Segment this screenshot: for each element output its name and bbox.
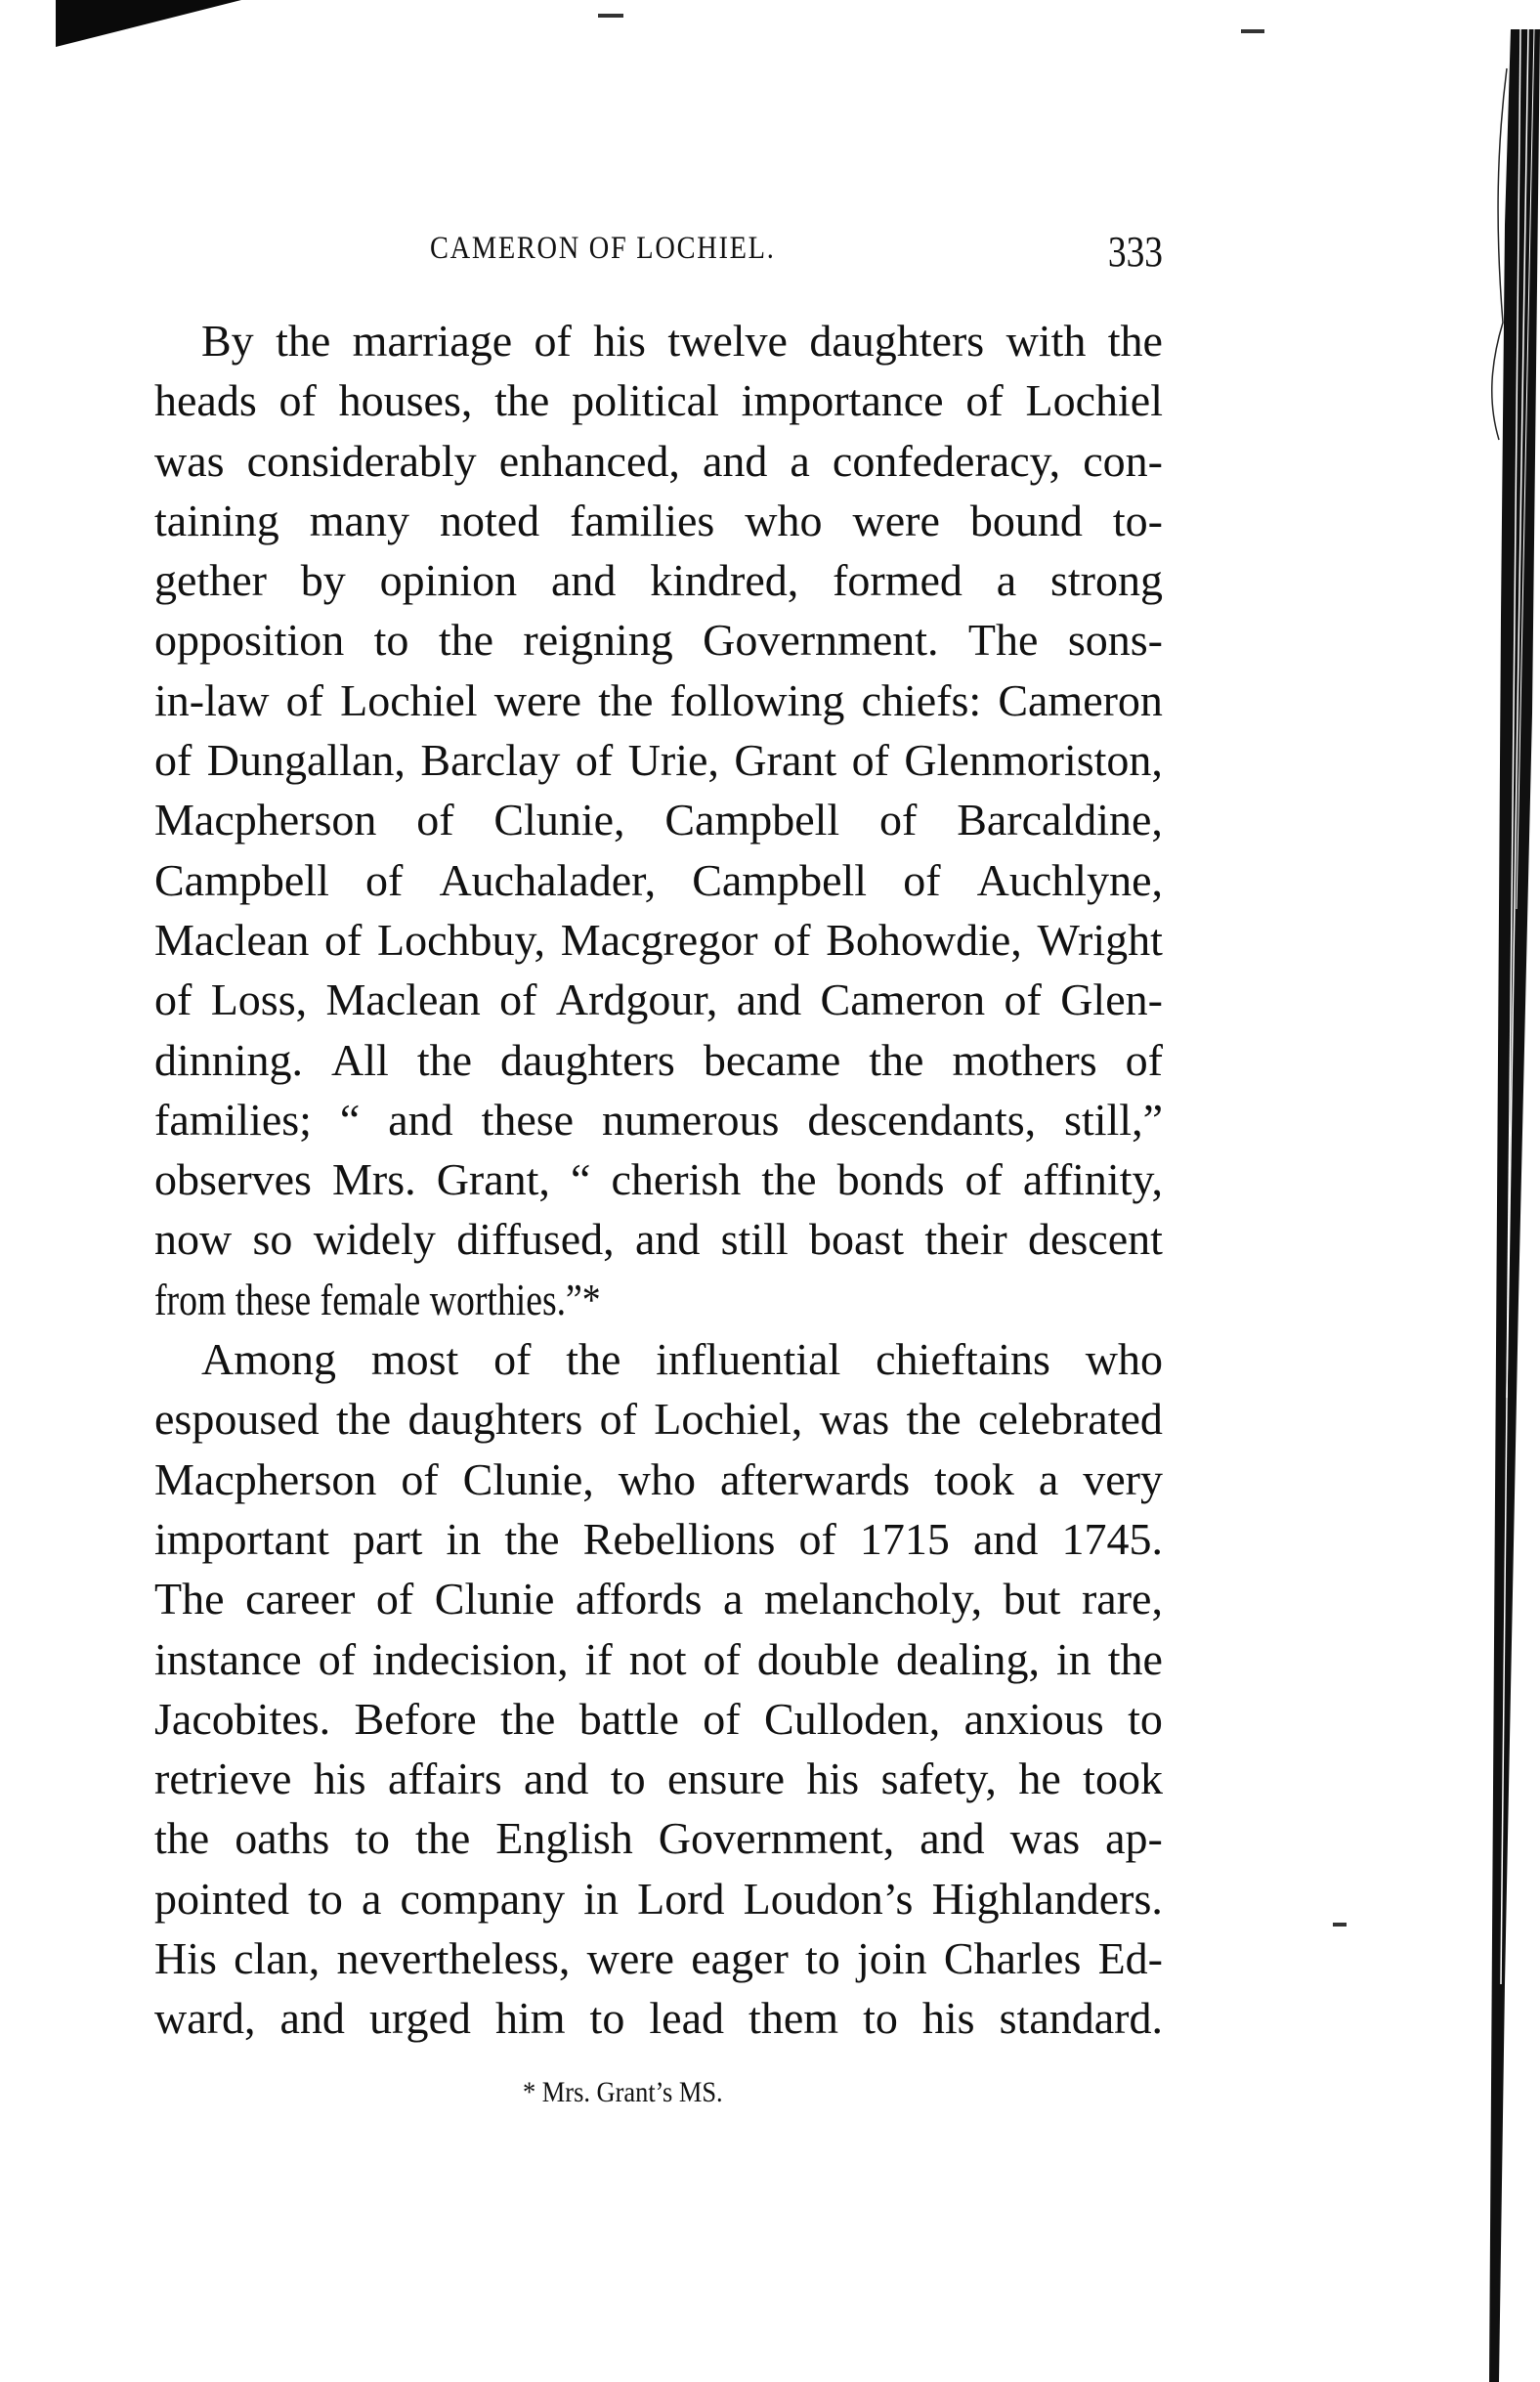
text-line-content: importantpartintheRebellionsof1715and174…	[154, 1509, 1163, 1569]
word: who	[1086, 1329, 1163, 1389]
text-line: observesMrs.Grant,“cherishthebondsofaffi…	[154, 1149, 1163, 1209]
text-line-content: ofLoss,MacleanofArdgour,andCameronofGlen…	[154, 970, 1163, 1029]
word: Maclean	[325, 970, 480, 1029]
text-line-content: in-lawofLochielwerethefollowingchiefs:Ca…	[154, 671, 1163, 730]
word: taining	[154, 491, 279, 550]
chapter-title: CAMERON OF LOCHIEL.	[430, 231, 776, 267]
word: chieftains	[876, 1329, 1050, 1389]
word: of	[416, 790, 453, 849]
word: of	[799, 1509, 836, 1569]
text-line-content: MacphersonofClunie,CampbellofBarcaldine,	[154, 790, 1163, 849]
text-line: Amongmostoftheinfluentialchieftainswho	[154, 1329, 1163, 1389]
word: Lochiel,	[654, 1389, 802, 1449]
word: Macpherson	[154, 1450, 376, 1509]
text-line-content: nowsowidelydiffused,andstillboasttheirde…	[154, 1209, 1163, 1269]
word: kindred,	[650, 550, 798, 610]
word: Maclean	[154, 910, 309, 970]
word: Macgregor	[561, 910, 758, 970]
word: Mrs.	[332, 1149, 416, 1209]
word: lead	[649, 1988, 724, 2048]
word: to	[863, 1988, 898, 2048]
word: marriage	[353, 311, 512, 370]
word: Clunie	[435, 1569, 555, 1628]
word: was	[1010, 1808, 1081, 1868]
word: English	[495, 1808, 633, 1868]
word: and	[920, 1808, 984, 1868]
text-line-content: from these female worthies.”*	[154, 1270, 601, 1329]
word: with	[1006, 311, 1087, 370]
word: considerably	[247, 431, 477, 491]
word: of	[154, 970, 192, 1029]
word: indecision,	[372, 1629, 569, 1689]
word: and	[280, 1988, 345, 2048]
text-line: MacphersonofClunie,CampbellofBarcaldine,	[154, 790, 1163, 849]
text-line-content: MacphersonofClunie,whoafterwardstookaver…	[154, 1450, 1163, 1509]
word: Cameron	[998, 671, 1163, 730]
word: the	[336, 1389, 391, 1449]
word: a	[723, 1569, 743, 1628]
word: Wright	[1037, 910, 1162, 970]
word: most	[371, 1329, 458, 1389]
scan-speck	[1333, 1923, 1347, 1927]
word: of	[286, 671, 323, 730]
body-text: Bythemarriageofhistwelvedaughterswiththe…	[154, 311, 1163, 2049]
text-line: headsofhouses,thepoliticalimportanceofLo…	[154, 370, 1163, 430]
word: daughters	[407, 1389, 582, 1449]
word: the	[598, 671, 653, 730]
word: to-	[1113, 491, 1163, 550]
word: mothers	[952, 1030, 1096, 1090]
word: cherish	[611, 1149, 741, 1209]
word: and	[737, 970, 801, 1029]
word: anxious	[964, 1689, 1104, 1749]
word: following	[670, 671, 845, 730]
word: but	[1004, 1569, 1061, 1628]
word: descent	[1028, 1209, 1163, 1269]
word: Dungallan,	[207, 730, 406, 790]
word: Culloden,	[764, 1689, 940, 1749]
word: Lochiel	[1025, 370, 1163, 430]
word: families	[570, 491, 714, 550]
text-line-content: tainingmanynotedfamilieswhowereboundto-	[154, 491, 1163, 550]
text-line: ward,andurgedhimtoleadthemtohisstandard.	[154, 1988, 1163, 2048]
word: a	[1039, 1450, 1058, 1509]
word: afterwards	[720, 1450, 910, 1509]
word: and	[388, 1090, 452, 1149]
text-line: MacphersonofClunie,whoafterwardstookaver…	[154, 1450, 1163, 1509]
word: Loudon’s	[744, 1869, 914, 1928]
word: to	[611, 1749, 646, 1808]
text-line: ofLoss,MacleanofArdgour,andCameronofGlen…	[154, 970, 1163, 1029]
word: observes	[154, 1149, 312, 1209]
word: 1745.	[1062, 1509, 1164, 1569]
page-edge-stripes	[1477, 29, 1540, 2382]
word: descendants,	[807, 1090, 1036, 1149]
text-line: MacleanofLochbuy,MacgregorofBohowdie,Wri…	[154, 910, 1163, 970]
word: of	[401, 1450, 438, 1509]
text-line: dinning.Allthedaughtersbecamethemotherso…	[154, 1030, 1163, 1090]
word: numerous	[602, 1090, 779, 1149]
word: the	[869, 1030, 923, 1090]
word: were	[587, 1928, 674, 1988]
word: still	[721, 1209, 789, 1269]
word: to	[374, 610, 409, 670]
word: of	[600, 1389, 637, 1449]
word: them	[749, 1988, 838, 2048]
word: to	[355, 1808, 390, 1868]
word: him	[495, 1988, 566, 2048]
word: Urie,	[628, 730, 719, 790]
word: the	[1108, 311, 1163, 370]
word: the	[154, 1808, 209, 1868]
word: his	[593, 311, 646, 370]
word: in	[583, 1869, 619, 1928]
word: urged	[369, 1988, 471, 2048]
word: importance	[742, 370, 944, 430]
word: Grant,	[437, 1149, 550, 1209]
word: his	[806, 1749, 859, 1808]
word: of	[852, 730, 889, 790]
word: Campbell	[154, 850, 329, 910]
text-line: getherbyopinionandkindred,formedastrong	[154, 550, 1163, 610]
text-line: Jacobites.BeforethebattleofCulloden,anxi…	[154, 1689, 1163, 1749]
word: his	[314, 1749, 366, 1808]
word: of	[773, 910, 810, 970]
word: Lord	[637, 1869, 724, 1928]
text-line: instanceofindecision,ifnotofdoubledealin…	[154, 1629, 1163, 1689]
word: of	[965, 1149, 1003, 1209]
word: strong	[1050, 550, 1163, 610]
text-line: tainingmanynotedfamilieswhowereboundto-	[154, 491, 1163, 550]
text-line-content: wasconsiderablyenhanced,andaconfederacy,…	[154, 431, 1163, 491]
word: affords	[576, 1569, 702, 1628]
word: Jacobites.	[154, 1689, 330, 1749]
text-line-content: ward,andurgedhimtoleadthemtohisstandard.	[154, 1988, 1163, 2048]
text-line-content: getherbyopinionandkindred,formedastrong	[154, 550, 1163, 610]
word: Glen-	[1060, 970, 1163, 1029]
word: the	[417, 1030, 472, 1090]
word: The	[968, 610, 1039, 670]
text-line-content: Hisclan,nevertheless,wereeagertojoinChar…	[154, 1928, 1163, 1988]
word: the	[439, 610, 493, 670]
word: espoused	[154, 1389, 320, 1449]
word: clan,	[234, 1928, 320, 1988]
word: “	[571, 1149, 590, 1209]
word: took	[1083, 1749, 1163, 1808]
word: Bohowdie,	[826, 910, 1022, 970]
text-line: pointedtoacompanyinLordLoudon’sHighlande…	[154, 1869, 1163, 1928]
word: was	[820, 1389, 890, 1449]
word: affinity,	[1023, 1149, 1163, 1209]
text-line-content: CampbellofAuchalader,CampbellofAuchlyne,	[154, 850, 1163, 910]
word: and	[703, 431, 767, 491]
text-line-content: ThecareerofClunieaffordsamelancholy,butr…	[154, 1569, 1163, 1628]
word: ward,	[154, 1988, 255, 2048]
text-line: nowsowidelydiffused,andstillboasttheirde…	[154, 1209, 1163, 1269]
text-line-content: Amongmostoftheinfluentialchieftainswho	[201, 1329, 1163, 1389]
word: of	[154, 730, 192, 790]
word: rare,	[1082, 1569, 1163, 1628]
word: twelve	[667, 311, 788, 370]
word: in	[447, 1509, 482, 1569]
word: diffused,	[456, 1209, 614, 1269]
word: to	[590, 1988, 625, 2048]
word: ensure	[667, 1749, 785, 1808]
word: Ed-	[1098, 1928, 1163, 1988]
word: were	[853, 491, 940, 550]
text-line-content: espousedthedaughtersofLochiel,wasthecele…	[154, 1389, 1163, 1449]
word: daughters	[809, 311, 984, 370]
word: of	[704, 1629, 741, 1689]
scan-corner-mark	[56, 0, 241, 47]
word: dinning.	[154, 1030, 303, 1090]
text-line: from these female worthies.”*	[154, 1270, 1163, 1329]
footnote: * Mrs. Grant’s MS.	[523, 2076, 723, 2109]
word: of	[365, 850, 403, 910]
word: Loss,	[211, 970, 307, 1029]
word: confederacy,	[833, 431, 1060, 491]
word: instance	[154, 1629, 302, 1689]
word: Auchalader,	[439, 850, 656, 910]
word: of	[499, 970, 536, 1029]
text-line: wasconsiderablyenhanced,andaconfederacy,…	[154, 431, 1163, 491]
word: very	[1083, 1450, 1163, 1509]
word: Lochiel	[340, 671, 478, 730]
text-line: in-lawofLochielwerethefollowingchiefs:Ca…	[154, 671, 1163, 730]
word: 1715	[860, 1509, 950, 1569]
word: sons-	[1068, 610, 1163, 670]
word: Barclay	[420, 730, 560, 790]
word: of	[576, 730, 613, 790]
word: battle	[579, 1689, 679, 1749]
word: bonds	[837, 1149, 945, 1209]
word: of	[535, 311, 572, 370]
text-line: importantpartintheRebellionsof1715and174…	[154, 1509, 1163, 1569]
word: Clunie,	[463, 1450, 594, 1509]
word: who	[619, 1450, 696, 1509]
word: of	[279, 370, 317, 430]
word: the	[415, 1808, 470, 1868]
word: noted	[440, 491, 539, 550]
word: was	[154, 431, 225, 491]
text-line-content: Bythemarriageofhistwelvedaughterswiththe	[201, 311, 1163, 370]
word: the	[494, 370, 549, 430]
word: opposition	[154, 610, 344, 670]
word: Campbell	[664, 790, 839, 849]
word: melancholy,	[764, 1569, 982, 1628]
text-line-content: instanceofindecision,ifnotofdoubledealin…	[154, 1629, 1163, 1689]
word: The	[154, 1569, 225, 1628]
text-line-content: ofDungallan,BarclayofUrie,GrantofGlenmor…	[154, 730, 1163, 790]
word: took	[934, 1450, 1014, 1509]
text-line: CampbellofAuchalader,CampbellofAuchlyne,	[154, 850, 1163, 910]
text-line-content: theoathstotheEnglishGovernment,andwasap-	[154, 1808, 1163, 1868]
word: retrieve	[154, 1749, 291, 1808]
word: if	[585, 1629, 613, 1689]
word: of	[324, 910, 362, 970]
word: Barcaldine,	[957, 790, 1163, 849]
scan-speck	[598, 14, 623, 18]
text-line: ThecareerofClunieaffordsamelancholy,butr…	[154, 1569, 1163, 1628]
word: heads	[154, 370, 257, 430]
word: celebrated	[978, 1389, 1163, 1449]
word: in	[1056, 1629, 1091, 1689]
scan-speck	[1241, 29, 1264, 33]
word: Government.	[703, 610, 938, 670]
word: company	[401, 1869, 566, 1928]
word: he	[1018, 1749, 1060, 1808]
word: safety,	[881, 1749, 997, 1808]
text-line-content: pointedtoacompanyinLordLoudon’sHighlande…	[154, 1869, 1163, 1928]
word: Clunie,	[493, 790, 624, 849]
word: were	[494, 671, 581, 730]
word: houses,	[339, 370, 473, 430]
word: By	[201, 311, 254, 370]
word: of	[903, 850, 940, 910]
word: part	[353, 1509, 423, 1569]
word: the	[500, 1689, 555, 1749]
word: these	[482, 1090, 575, 1149]
page-number: 333	[1108, 227, 1163, 277]
word: opinion	[380, 550, 518, 610]
text-line: espousedthedaughtersofLochiel,wasthecele…	[154, 1389, 1163, 1449]
word: of	[1005, 970, 1042, 1029]
word: con-	[1083, 431, 1163, 491]
word: Cameron	[821, 970, 986, 1029]
text-line-content: MacleanofLochbuy,MacgregorofBohowdie,Wri…	[154, 910, 1163, 970]
word: Among	[201, 1329, 336, 1389]
word: Grant	[734, 730, 836, 790]
word: many	[310, 491, 409, 550]
word: enhanced,	[499, 431, 680, 491]
text-line: oppositiontothereigningGovernment.Theson…	[154, 610, 1163, 670]
word: of	[493, 1329, 531, 1389]
word: reigning	[523, 610, 672, 670]
word: bound	[970, 491, 1083, 550]
word: Rebellions	[583, 1509, 776, 1569]
word: Glenmoriston,	[904, 730, 1162, 790]
word: of	[879, 790, 917, 849]
text-line-content: observesMrs.Grant,“cherishthebondsofaffi…	[154, 1149, 1163, 1209]
text-line-content: dinning.Allthedaughtersbecamethemotherso…	[154, 1030, 1163, 1090]
word: Campbell	[692, 850, 867, 910]
word: eager	[691, 1928, 789, 1988]
word: ap-	[1105, 1808, 1163, 1868]
word: standard.	[1000, 1988, 1163, 2048]
text-line-content: Jacobites.BeforethebattleofCulloden,anxi…	[154, 1689, 1163, 1749]
word: formed	[833, 550, 962, 610]
text-line: retrievehisaffairsandtoensurehissafety,h…	[154, 1749, 1163, 1808]
word: a	[997, 550, 1016, 610]
word: Ardgour,	[556, 970, 718, 1029]
word: Macpherson	[154, 790, 376, 849]
word: to	[308, 1869, 343, 1928]
word: the	[761, 1149, 816, 1209]
word: widely	[314, 1209, 436, 1269]
word: important	[154, 1509, 329, 1569]
text-line-content: retrievehisaffairsandtoensurehissafety,h…	[154, 1749, 1163, 1808]
word: career	[245, 1569, 355, 1628]
word: daughters	[500, 1030, 675, 1090]
word: and	[524, 1749, 588, 1808]
word: not	[629, 1629, 687, 1689]
word: Auchlyne,	[977, 850, 1163, 910]
word: affairs	[388, 1749, 502, 1808]
text-line: families;“andthesenumerousdescendants,st…	[154, 1090, 1163, 1149]
text-line-content: headsofhouses,thepoliticalimportanceofLo…	[154, 370, 1163, 430]
word: the	[276, 311, 330, 370]
word: double	[757, 1629, 879, 1689]
word: and	[635, 1209, 700, 1269]
word: Charles	[944, 1928, 1082, 1988]
word: still,”	[1064, 1090, 1163, 1149]
word: dealing,	[896, 1629, 1040, 1689]
word: to	[1128, 1689, 1163, 1749]
word: a	[362, 1869, 381, 1928]
text-line: ofDungallan,BarclayofUrie,GrantofGlenmor…	[154, 730, 1163, 790]
word: of	[319, 1629, 356, 1689]
word: Before	[355, 1689, 477, 1749]
word: now	[154, 1209, 232, 1269]
word: political	[572, 370, 719, 430]
word: Highlanders.	[932, 1869, 1163, 1928]
word: in-law	[154, 671, 270, 730]
word: families;	[154, 1090, 312, 1149]
text-line-content: families;“andthesenumerousdescendants,st…	[154, 1090, 1163, 1149]
word: and	[551, 550, 616, 610]
word: Lochbuy,	[377, 910, 545, 970]
word: a	[790, 431, 809, 491]
word: nevertheless,	[337, 1928, 571, 1988]
word: of	[1126, 1030, 1163, 1090]
word: “	[340, 1090, 360, 1149]
word: by	[301, 550, 346, 610]
word: who	[745, 491, 822, 550]
word: His	[154, 1928, 217, 1988]
word: gether	[154, 550, 267, 610]
word: oaths	[235, 1808, 329, 1868]
word: the	[504, 1509, 559, 1569]
word: All	[331, 1030, 389, 1090]
word: to	[805, 1928, 840, 1988]
word: boast	[809, 1209, 904, 1269]
word: of	[376, 1569, 413, 1628]
text-line-content: oppositiontothereigningGovernment.Theson…	[154, 610, 1163, 670]
word: their	[924, 1209, 1006, 1269]
word: influential	[656, 1329, 840, 1389]
running-head: CAMERON OF LOCHIEL. 333	[154, 231, 1163, 280]
word: and	[973, 1509, 1038, 1569]
word: the	[906, 1389, 961, 1449]
word: the	[566, 1329, 620, 1389]
text-line: theoathstotheEnglishGovernment,andwasap-	[154, 1808, 1163, 1868]
word: the	[1108, 1629, 1163, 1689]
word: became	[704, 1030, 840, 1090]
word: so	[253, 1209, 293, 1269]
word: of	[703, 1689, 740, 1749]
word: pointed	[154, 1869, 289, 1928]
word: of	[965, 370, 1003, 430]
word: Government,	[659, 1808, 894, 1868]
word: join	[857, 1928, 927, 1988]
word: his	[922, 1988, 975, 2048]
text-line: Hisclan,nevertheless,wereeagertojoinChar…	[154, 1928, 1163, 1988]
text-line: Bythemarriageofhistwelvedaughterswiththe	[154, 311, 1163, 370]
word: chiefs:	[862, 671, 982, 730]
